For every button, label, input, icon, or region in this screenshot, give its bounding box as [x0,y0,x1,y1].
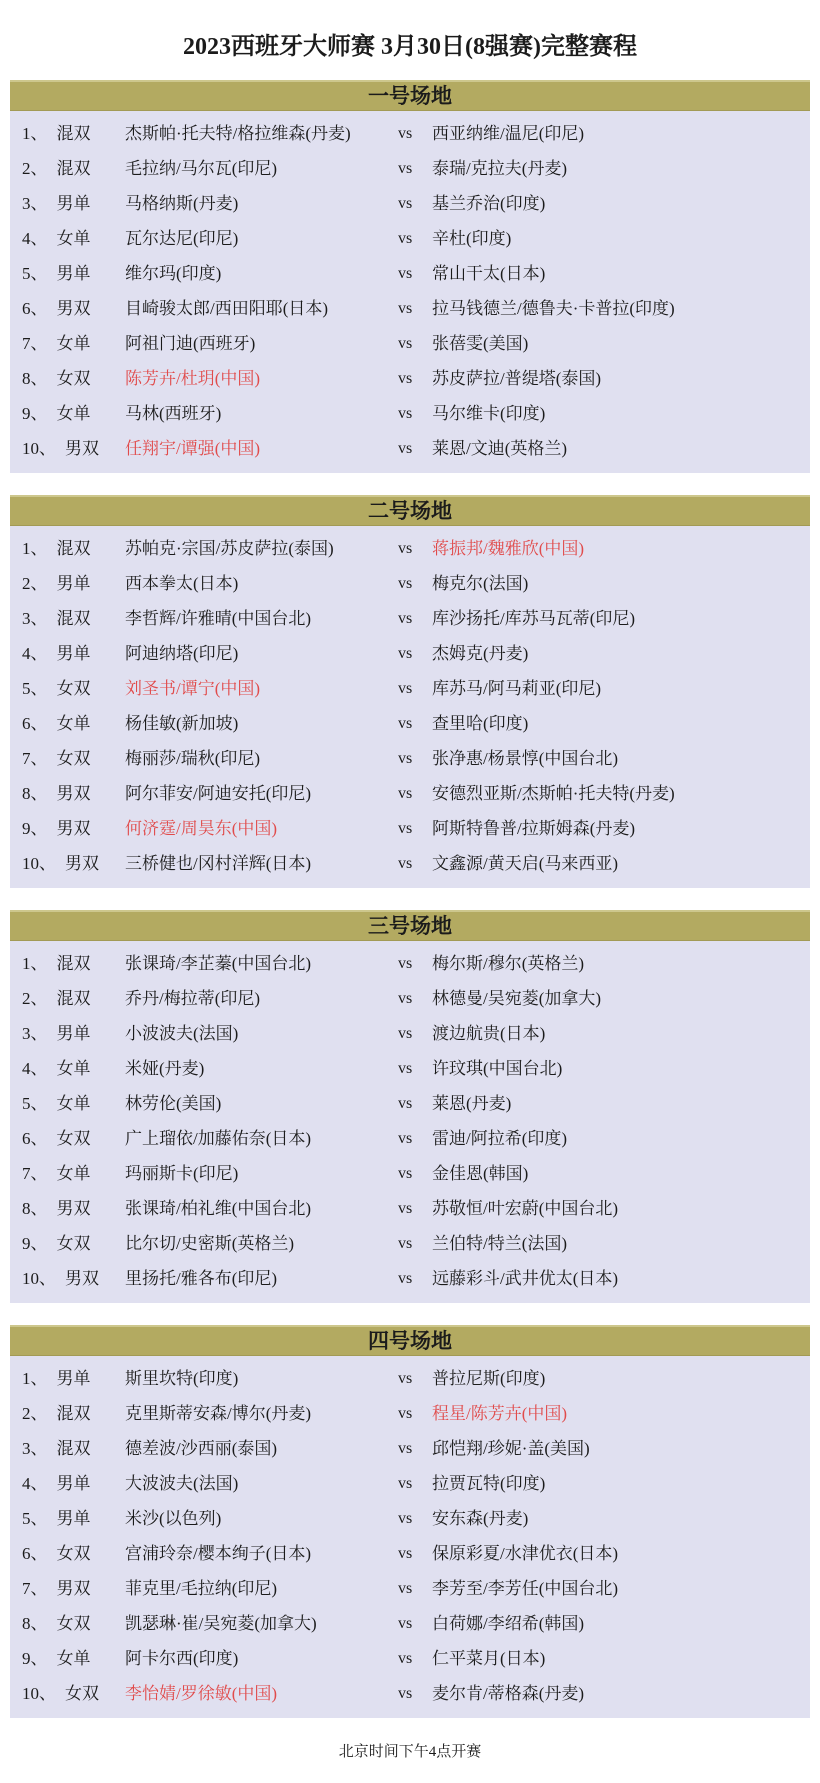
match-type: 女双 [57,1614,91,1633]
match-number: 7、 [22,1579,48,1598]
vs-label: vs [398,221,432,256]
player-left: 刘圣书/谭宁(中国) [125,671,398,706]
match-number: 4、 [22,1059,48,1078]
player-left: 李怡婧/罗徐敏(中国) [125,1676,398,1711]
match-number: 2、 [22,574,48,593]
match-index-type: 5、男单 [10,1501,125,1536]
player-left: 西本拳太(日本) [125,566,398,601]
match-row: 10、男双 里扬托/雅各布(印尼) vs 远藤彩斗/武井优太(日本) [10,1261,810,1296]
match-row: 7、女单 玛丽斯卡(印尼) vs 金佳恩(韩国) [10,1156,810,1191]
player-left: 维尔玛(印度) [125,256,398,291]
player-right: 仁平菜月(日本) [432,1641,810,1676]
vs-label: vs [398,1261,432,1296]
match-number: 7、 [22,1164,48,1183]
match-type: 男双 [57,1199,91,1218]
vs-label: vs [398,1676,432,1711]
player-left: 张课琦/李芷蓁(中国台北) [125,946,398,981]
page-title: 2023西班牙大师赛 3月30日(8强赛)完整赛程 [10,26,810,61]
player-right: 张净惠/杨景惇(中国台北) [432,741,810,776]
match-list: 1、混双 张课琦/李芷蓁(中国台北) vs 梅尔斯/穆尔(英格兰) 2、混双 乔… [10,941,810,1303]
match-row: 2、混双 克里斯蒂安森/博尔(丹麦) vs 程星/陈芳卉(中国) [10,1396,810,1431]
player-right: 辛杜(印度) [432,221,810,256]
match-type: 男双 [57,299,91,318]
vs-label: vs [398,291,432,326]
match-row: 8、男双 阿尔菲安/阿迪安托(印尼) vs 安德烈亚斯/杰斯帕·托夫特(丹麦) [10,776,810,811]
player-right: 保原彩夏/水津优衣(日本) [432,1536,810,1571]
match-type: 混双 [57,539,91,558]
match-row: 6、男双 目崎骏太郎/西田阳耶(日本) vs 拉马钱德兰/德鲁夫·卡普拉(印度) [10,291,810,326]
match-type: 女双 [57,1544,91,1563]
match-type: 男单 [57,574,91,593]
player-right: 阿斯特鲁普/拉斯姆森(丹麦) [432,811,810,846]
match-row: 8、女双 凯瑟琳·崔/吴宛菱(加拿大) vs 白荷娜/李绍希(韩国) [10,1606,810,1641]
match-row: 9、女单 阿卡尔西(印度) vs 仁平菜月(日本) [10,1641,810,1676]
player-right: 莱恩/文迪(英格兰) [432,431,810,466]
player-right: 安东森(丹麦) [432,1501,810,1536]
match-index-type: 4、女单 [10,1051,125,1086]
court-section: 一号场地 1、混双 杰斯帕·托夫特/格拉维森(丹麦) vs 西亚纳维/温尼(印尼… [10,80,810,473]
vs-label: vs [398,1156,432,1191]
match-number: 3、 [22,1024,48,1043]
match-index-type: 9、男双 [10,811,125,846]
match-type: 女双 [57,369,91,388]
player-left: 瓦尔达尼(印尼) [125,221,398,256]
player-right: 金佳恩(韩国) [432,1156,810,1191]
player-left: 马格纳斯(丹麦) [125,186,398,221]
match-number: 1、 [22,954,48,973]
match-number: 8、 [22,1614,48,1633]
player-right: 苏皮萨拉/普缇塔(泰国) [432,361,810,396]
player-right: 张蓓雯(美国) [432,326,810,361]
player-right: 西亚纳维/温尼(印尼) [432,116,810,151]
player-right: 林德曼/吴宛菱(加拿大) [432,981,810,1016]
match-row: 8、女双 陈芳卉/杜玥(中国) vs 苏皮萨拉/普缇塔(泰国) [10,361,810,396]
player-right: 库沙扬托/库苏马瓦蒂(印尼) [432,601,810,636]
vs-label: vs [398,601,432,636]
match-type: 女单 [57,1094,91,1113]
vs-label: vs [398,1051,432,1086]
match-row: 10、女双 李怡婧/罗徐敏(中国) vs 麦尔肯/蒂格森(丹麦) [10,1676,810,1711]
match-type: 女单 [57,334,91,353]
player-right: 梅尔斯/穆尔(英格兰) [432,946,810,981]
player-right: 安德烈亚斯/杰斯帕·托夫特(丹麦) [432,776,810,811]
match-number: 5、 [22,264,48,283]
match-type: 混双 [57,989,91,1008]
match-type: 女双 [57,1129,91,1148]
player-left: 何济霆/周昊东(中国) [125,811,398,846]
player-left: 梅丽莎/瑞秋(印尼) [125,741,398,776]
match-index-type: 10、男双 [10,846,125,881]
player-right: 蒋振邦/魏雅欣(中国) [432,531,810,566]
match-row: 4、男单 大波波夫(法国) vs 拉贾瓦特(印度) [10,1466,810,1501]
vs-label: vs [398,326,432,361]
sections-container: 一号场地 1、混双 杰斯帕·托夫特/格拉维森(丹麦) vs 西亚纳维/温尼(印尼… [10,80,810,1718]
player-right: 马尔维卡(印度) [432,396,810,431]
match-index-type: 6、男双 [10,291,125,326]
match-row: 7、女双 梅丽莎/瑞秋(印尼) vs 张净惠/杨景惇(中国台北) [10,741,810,776]
match-index-type: 8、男双 [10,1191,125,1226]
court-header: 四号场地 [10,1325,810,1356]
match-type: 女单 [57,1164,91,1183]
match-row: 3、混双 德差波/沙西丽(泰国) vs 邱恺翔/珍妮·盖(美国) [10,1431,810,1466]
schedule-page: 2023西班牙大师赛 3月30日(8强赛)完整赛程 一号场地 1、混双 杰斯帕·… [0,0,820,1783]
match-index-type: 8、男双 [10,776,125,811]
match-index-type: 4、女单 [10,221,125,256]
match-row: 4、女单 瓦尔达尼(印尼) vs 辛杜(印度) [10,221,810,256]
match-number: 6、 [22,1544,48,1563]
match-index-type: 2、混双 [10,151,125,186]
vs-label: vs [398,1571,432,1606]
player-right: 文鑫源/黄天启(马来西亚) [432,846,810,881]
player-left: 宫浦玲奈/樱本绚子(日本) [125,1536,398,1571]
match-number: 3、 [22,194,48,213]
vs-label: vs [398,1536,432,1571]
match-type: 女单 [57,1649,91,1668]
match-row: 5、男单 维尔玛(印度) vs 常山干太(日本) [10,256,810,291]
vs-label: vs [398,1466,432,1501]
vs-label: vs [398,741,432,776]
match-type: 男单 [57,264,91,283]
vs-label: vs [398,1361,432,1396]
vs-label: vs [398,946,432,981]
match-number: 2、 [22,989,48,1008]
vs-label: vs [398,361,432,396]
player-left: 苏帕克·宗国/苏皮萨拉(泰国) [125,531,398,566]
match-row: 6、女双 宫浦玲奈/樱本绚子(日本) vs 保原彩夏/水津优衣(日本) [10,1536,810,1571]
match-row: 4、男单 阿迪纳塔(印尼) vs 杰姆克(丹麦) [10,636,810,671]
match-type: 混双 [57,159,91,178]
vs-label: vs [398,846,432,881]
match-index-type: 7、男双 [10,1571,125,1606]
match-number: 6、 [22,1129,48,1148]
match-number: 9、 [22,404,48,423]
match-type: 混双 [57,124,91,143]
match-index-type: 10、男双 [10,1261,125,1296]
match-number: 5、 [22,1094,48,1113]
vs-label: vs [398,1226,432,1261]
player-right: 基兰乔治(印度) [432,186,810,221]
match-index-type: 10、男双 [10,431,125,466]
match-row: 6、女单 杨佳敏(新加坡) vs 查里哈(印度) [10,706,810,741]
match-number: 9、 [22,819,48,838]
match-number: 10、 [22,439,56,458]
player-left: 张课琦/柏礼维(中国台北) [125,1191,398,1226]
match-number: 9、 [22,1649,48,1668]
player-right: 常山干太(日本) [432,256,810,291]
vs-label: vs [398,566,432,601]
player-right: 梅克尔(法国) [432,566,810,601]
player-left: 玛丽斯卡(印尼) [125,1156,398,1191]
player-left: 乔丹/梅拉蒂(印尼) [125,981,398,1016]
match-index-type: 1、混双 [10,946,125,981]
vs-label: vs [398,1501,432,1536]
match-row: 5、女单 林劳伦(美国) vs 莱恩(丹麦) [10,1086,810,1121]
match-row: 1、混双 张课琦/李芷蓁(中国台北) vs 梅尔斯/穆尔(英格兰) [10,946,810,981]
match-number: 5、 [22,1509,48,1528]
match-type: 女双 [65,1684,99,1703]
match-index-type: 1、混双 [10,531,125,566]
player-left: 德差波/沙西丽(泰国) [125,1431,398,1466]
court-section: 三号场地 1、混双 张课琦/李芷蓁(中国台北) vs 梅尔斯/穆尔(英格兰) 2… [10,910,810,1303]
match-type: 男单 [57,1474,91,1493]
match-type: 男单 [57,1509,91,1528]
match-row: 3、混双 李哲辉/许雅晴(中国台北) vs 库沙扬托/库苏马瓦蒂(印尼) [10,601,810,636]
match-number: 8、 [22,1199,48,1218]
match-row: 8、男双 张课琦/柏礼维(中国台北) vs 苏敬恒/叶宏蔚(中国台北) [10,1191,810,1226]
match-number: 1、 [22,1369,48,1388]
vs-label: vs [398,1086,432,1121]
player-right: 泰瑞/克拉夫(丹麦) [432,151,810,186]
player-left: 杨佳敏(新加坡) [125,706,398,741]
vs-label: vs [398,1606,432,1641]
vs-label: vs [398,706,432,741]
match-number: 3、 [22,1439,48,1458]
court-header: 一号场地 [10,80,810,111]
player-right: 麦尔肯/蒂格森(丹麦) [432,1676,810,1711]
match-index-type: 4、男单 [10,636,125,671]
vs-label: vs [398,776,432,811]
match-index-type: 3、混双 [10,1431,125,1466]
match-row: 1、男单 斯里坎特(印度) vs 普拉尼斯(印度) [10,1361,810,1396]
match-index-type: 3、男单 [10,186,125,221]
player-left: 阿卡尔西(印度) [125,1641,398,1676]
match-index-type: 8、女双 [10,1606,125,1641]
player-right: 雷迪/阿拉希(印度) [432,1121,810,1156]
footer-note: 北京时间下午4点开赛 [10,1740,810,1783]
match-number: 10、 [22,854,56,873]
player-left: 比尔切/史密斯(英格兰) [125,1226,398,1261]
match-number: 6、 [22,714,48,733]
match-index-type: 3、男单 [10,1016,125,1051]
match-type: 混双 [57,954,91,973]
vs-label: vs [398,1396,432,1431]
player-left: 马林(西班牙) [125,396,398,431]
player-left: 林劳伦(美国) [125,1086,398,1121]
match-type: 男单 [57,644,91,663]
vs-label: vs [398,116,432,151]
match-row: 7、男双 菲克里/毛拉纳(印尼) vs 李芳至/李芳任(中国台北) [10,1571,810,1606]
match-number: 10、 [22,1269,56,1288]
player-left: 广上瑠依/加藤佑奈(日本) [125,1121,398,1156]
match-number: 9、 [22,1234,48,1253]
vs-label: vs [398,531,432,566]
vs-label: vs [398,186,432,221]
player-right: 程星/陈芳卉(中国) [432,1396,810,1431]
match-row: 5、女双 刘圣书/谭宁(中国) vs 库苏马/阿马莉亚(印尼) [10,671,810,706]
match-index-type: 9、女单 [10,1641,125,1676]
player-left: 凯瑟琳·崔/吴宛菱(加拿大) [125,1606,398,1641]
match-row: 10、男双 任翔宇/谭强(中国) vs 莱恩/文迪(英格兰) [10,431,810,466]
court-section: 二号场地 1、混双 苏帕克·宗国/苏皮萨拉(泰国) vs 蒋振邦/魏雅欣(中国)… [10,495,810,888]
match-index-type: 7、女双 [10,741,125,776]
vs-label: vs [398,1191,432,1226]
match-number: 4、 [22,229,48,248]
match-type: 混双 [57,1439,91,1458]
vs-label: vs [398,1431,432,1466]
match-row: 6、女双 广上瑠依/加藤佑奈(日本) vs 雷迪/阿拉希(印度) [10,1121,810,1156]
match-row: 9、女双 比尔切/史密斯(英格兰) vs 兰伯特/特兰(法国) [10,1226,810,1261]
player-left: 阿迪纳塔(印尼) [125,636,398,671]
match-row: 7、女单 阿祖门迪(西班牙) vs 张蓓雯(美国) [10,326,810,361]
match-type: 女单 [57,404,91,423]
match-index-type: 2、男单 [10,566,125,601]
player-left: 大波波夫(法国) [125,1466,398,1501]
match-number: 2、 [22,159,48,178]
match-number: 1、 [22,124,48,143]
match-index-type: 9、女单 [10,396,125,431]
match-index-type: 3、混双 [10,601,125,636]
match-number: 4、 [22,1474,48,1493]
match-type: 男双 [57,1579,91,1598]
match-index-type: 7、女单 [10,1156,125,1191]
match-index-type: 10、女双 [10,1676,125,1711]
match-row: 3、男单 小波波夫(法国) vs 渡边航贵(日本) [10,1016,810,1051]
player-right: 苏敬恒/叶宏蔚(中国台北) [432,1191,810,1226]
player-left: 斯里坎特(印度) [125,1361,398,1396]
player-left: 毛拉纳/马尔瓦(印尼) [125,151,398,186]
match-type: 女双 [57,749,91,768]
match-index-type: 8、女双 [10,361,125,396]
match-index-type: 5、女单 [10,1086,125,1121]
player-left: 目崎骏太郎/西田阳耶(日本) [125,291,398,326]
vs-label: vs [398,671,432,706]
player-left: 李哲辉/许雅晴(中国台北) [125,601,398,636]
vs-label: vs [398,1641,432,1676]
player-left: 菲克里/毛拉纳(印尼) [125,1571,398,1606]
match-type: 男单 [57,194,91,213]
match-row: 1、混双 杰斯帕·托夫特/格拉维森(丹麦) vs 西亚纳维/温尼(印尼) [10,116,810,151]
match-type: 男双 [57,819,91,838]
match-index-type: 6、女双 [10,1121,125,1156]
match-number: 4、 [22,644,48,663]
match-number: 2、 [22,1404,48,1423]
match-row: 9、男双 何济霆/周昊东(中国) vs 阿斯特鲁普/拉斯姆森(丹麦) [10,811,810,846]
player-left: 阿祖门迪(西班牙) [125,326,398,361]
vs-label: vs [398,151,432,186]
match-row: 10、男双 三桥健也/冈村洋辉(日本) vs 文鑫源/黄天启(马来西亚) [10,846,810,881]
vs-label: vs [398,1121,432,1156]
player-right: 李芳至/李芳任(中国台北) [432,1571,810,1606]
match-type: 男双 [57,784,91,803]
player-right: 查里哈(印度) [432,706,810,741]
match-index-type: 2、混双 [10,981,125,1016]
match-index-type: 6、女单 [10,706,125,741]
player-right: 莱恩(丹麦) [432,1086,810,1121]
player-left: 三桥健也/冈村洋辉(日本) [125,846,398,881]
match-list: 1、男单 斯里坎特(印度) vs 普拉尼斯(印度) 2、混双 克里斯蒂安森/博尔… [10,1356,810,1718]
vs-label: vs [398,396,432,431]
match-index-type: 5、女双 [10,671,125,706]
match-type: 男双 [65,1269,99,1288]
match-list: 1、混双 杰斯帕·托夫特/格拉维森(丹麦) vs 西亚纳维/温尼(印尼) 2、混… [10,111,810,473]
match-row: 4、女单 米娅(丹麦) vs 许玟琪(中国台北) [10,1051,810,1086]
player-left: 克里斯蒂安森/博尔(丹麦) [125,1396,398,1431]
match-row: 9、女单 马林(西班牙) vs 马尔维卡(印度) [10,396,810,431]
vs-label: vs [398,636,432,671]
match-row: 2、混双 乔丹/梅拉蒂(印尼) vs 林德曼/吴宛菱(加拿大) [10,981,810,1016]
match-number: 7、 [22,749,48,768]
player-right: 邱恺翔/珍妮·盖(美国) [432,1431,810,1466]
match-number: 3、 [22,609,48,628]
player-left: 陈芳卉/杜玥(中国) [125,361,398,396]
player-right: 白荷娜/李绍希(韩国) [432,1606,810,1641]
court-header: 二号场地 [10,495,810,526]
match-row: 5、男单 米沙(以色列) vs 安东森(丹麦) [10,1501,810,1536]
match-type: 男双 [65,439,99,458]
match-list: 1、混双 苏帕克·宗国/苏皮萨拉(泰国) vs 蒋振邦/魏雅欣(中国) 2、男单… [10,526,810,888]
match-type: 女双 [57,1234,91,1253]
player-right: 拉贾瓦特(印度) [432,1466,810,1501]
match-type: 女单 [57,229,91,248]
vs-label: vs [398,981,432,1016]
match-index-type: 6、女双 [10,1536,125,1571]
match-number: 7、 [22,334,48,353]
player-right: 库苏马/阿马莉亚(印尼) [432,671,810,706]
player-right: 拉马钱德兰/德鲁夫·卡普拉(印度) [432,291,810,326]
match-number: 6、 [22,299,48,318]
player-right: 普拉尼斯(印度) [432,1361,810,1396]
match-row: 2、混双 毛拉纳/马尔瓦(印尼) vs 泰瑞/克拉夫(丹麦) [10,151,810,186]
player-left: 任翔宇/谭强(中国) [125,431,398,466]
match-index-type: 1、混双 [10,116,125,151]
player-left: 阿尔菲安/阿迪安托(印尼) [125,776,398,811]
player-right: 兰伯特/特兰(法国) [432,1226,810,1261]
match-row: 2、男单 西本拳太(日本) vs 梅克尔(法国) [10,566,810,601]
match-index-type: 5、男单 [10,256,125,291]
player-left: 米娅(丹麦) [125,1051,398,1086]
player-right: 渡边航贵(日本) [432,1016,810,1051]
match-type: 男单 [57,1369,91,1388]
match-row: 3、男单 马格纳斯(丹麦) vs 基兰乔治(印度) [10,186,810,221]
match-number: 8、 [22,369,48,388]
match-type: 混双 [57,1404,91,1423]
player-right: 许玟琪(中国台北) [432,1051,810,1086]
vs-label: vs [398,1016,432,1051]
player-right: 杰姆克(丹麦) [432,636,810,671]
player-right: 远藤彩斗/武井优太(日本) [432,1261,810,1296]
match-row: 1、混双 苏帕克·宗国/苏皮萨拉(泰国) vs 蒋振邦/魏雅欣(中国) [10,531,810,566]
match-type: 混双 [57,609,91,628]
match-number: 8、 [22,784,48,803]
match-index-type: 4、男单 [10,1466,125,1501]
vs-label: vs [398,256,432,291]
match-type: 女双 [57,679,91,698]
vs-label: vs [398,431,432,466]
player-left: 里扬托/雅各布(印尼) [125,1261,398,1296]
player-left: 米沙(以色列) [125,1501,398,1536]
match-number: 10、 [22,1684,56,1703]
match-type: 男双 [65,854,99,873]
match-index-type: 9、女双 [10,1226,125,1261]
vs-label: vs [398,811,432,846]
player-left: 小波波夫(法国) [125,1016,398,1051]
match-type: 女单 [57,1059,91,1078]
match-type: 男单 [57,1024,91,1043]
match-type: 女单 [57,714,91,733]
match-number: 1、 [22,539,48,558]
player-left: 杰斯帕·托夫特/格拉维森(丹麦) [125,116,398,151]
match-index-type: 7、女单 [10,326,125,361]
court-header: 三号场地 [10,910,810,941]
match-index-type: 1、男单 [10,1361,125,1396]
match-number: 5、 [22,679,48,698]
match-index-type: 2、混双 [10,1396,125,1431]
court-section: 四号场地 1、男单 斯里坎特(印度) vs 普拉尼斯(印度) 2、混双 克里斯蒂… [10,1325,810,1718]
